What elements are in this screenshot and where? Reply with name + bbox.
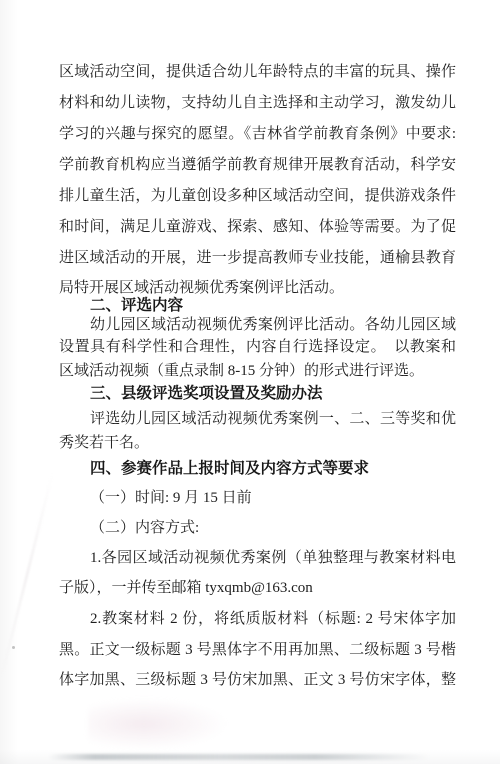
scan-crease-artifact bbox=[1, 473, 54, 677]
scan-smudge-artifact bbox=[88, 698, 228, 750]
scan-speck-artifact bbox=[12, 646, 15, 649]
text-line: 1.各园区域活动视频优秀案例（单独整理与教案材料电 bbox=[59, 548, 456, 568]
text-line: 评选幼儿园区域活动视频优秀案例一、二、三等奖和优 bbox=[59, 409, 456, 429]
section-heading: 三、县级评选奖项设置及奖励办法 bbox=[59, 384, 456, 404]
scan-shadow-bottom-edge bbox=[48, 754, 430, 760]
section-heading: 四、参赛作品上报时间及内容方式等要求 bbox=[59, 459, 456, 479]
document-page: 区域活动空间，提供适合幼儿年龄特点的丰富的玩具、操作材料和幼儿读物，支持幼儿自主… bbox=[0, 0, 500, 764]
text-line: 秀奖若干名。 bbox=[59, 433, 456, 453]
text-line: 幼儿园区域活动视频优秀案例评比活动。各幼儿园区域 bbox=[59, 315, 456, 335]
text-line: 和时间，满足儿童游戏、探索、感知、体验等需要。为了促 bbox=[59, 217, 456, 237]
text-line: 体字加黑、三级标题 3 号仿宋加黑、正文 3 号仿宋字体，整 bbox=[59, 670, 456, 690]
text-line: 设置具有科学性和合理性，内容自行选择设定。 以教案和 bbox=[59, 337, 456, 357]
text-line: 学前教育机构应当遵循学前教育规律开展教育活动，科学安 bbox=[59, 155, 456, 175]
text-line: 进区域活动的开展，进一步提高教师专业技能，通榆县教育 bbox=[59, 248, 456, 268]
section-heading: 二、评选内容 bbox=[59, 296, 456, 316]
text-line: （二）内容方式: bbox=[59, 518, 456, 538]
text-line: 区域活动空间，提供适合幼儿年龄特点的丰富的玩具、操作 bbox=[59, 62, 456, 82]
text-line: 黑。正文一级标题 3 号黑体字不用再加黑、二级标题 3 号楷 bbox=[59, 640, 456, 660]
text-line: 排儿童生活，为儿童创设多种区域活动空间，提供游戏条件 bbox=[59, 186, 456, 206]
text-line: 区域活动视频（重点录制 8-15 分钟）的形式进行评选。 bbox=[59, 361, 456, 381]
text-line: 学习的兴趣与探究的愿望。《吉林省学前教育条例》中要求: bbox=[59, 124, 456, 144]
text-line: 局特开展区域活动视频优秀案例评比活动。 bbox=[59, 278, 456, 298]
text-line: 子版），一并传至邮箱 tyxqmb@163.con bbox=[59, 578, 456, 598]
text-line: （一）时间: 9 月 15 日前 bbox=[59, 488, 456, 508]
text-line: 2.教案材料 2 份，将纸质版材料（标题: 2 号宋体字加 bbox=[59, 609, 456, 629]
text-line: 材料和幼儿读物，支持幼儿自主选择和主动学习，激发幼儿 bbox=[59, 93, 456, 113]
